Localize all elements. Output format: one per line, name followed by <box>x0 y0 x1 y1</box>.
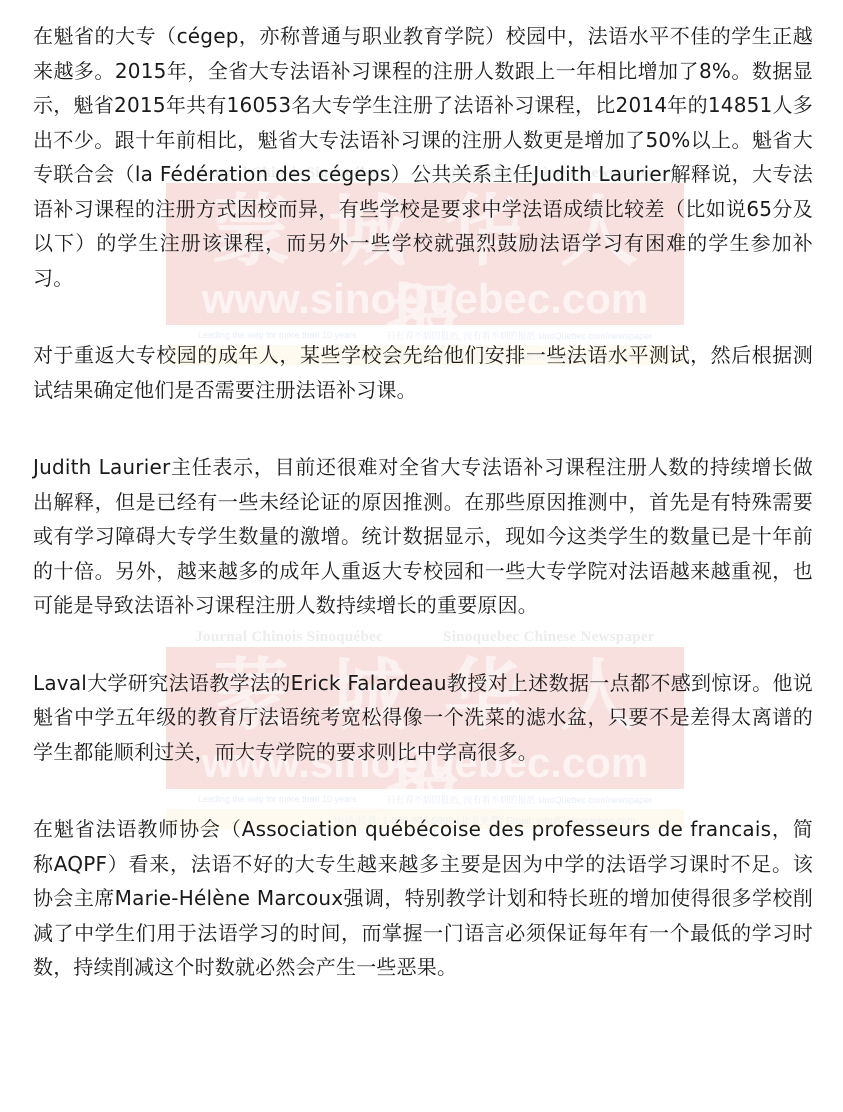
article-body: 在魁省的大专（cégep，亦称普通与职业教育学院）校园中，法语水平不佳的学生正越… <box>33 19 813 1028</box>
paragraph-enrollment-stats: 在魁省的大专（cégep，亦称普通与职业教育学院）校园中，法语水平不佳的学生正越… <box>33 19 813 295</box>
paragraph-aqpf: 在魁省法语教师协会（Association québécoise des pro… <box>33 812 813 985</box>
paragraph-adult-testing: 对于重返大专校园的成年人，某些学校会先给他们安排一些法语水平测试，然后根据测试结… <box>33 338 813 407</box>
paragraph-laval-professor: Laval大学研究法语教学法的Erick Falardeau教授对上述数据一点都… <box>33 666 813 770</box>
paragraph-growth-reasons: Judith Laurier主任表示，目前还很难对全省大专法语补习课程注册人数的… <box>33 450 813 623</box>
